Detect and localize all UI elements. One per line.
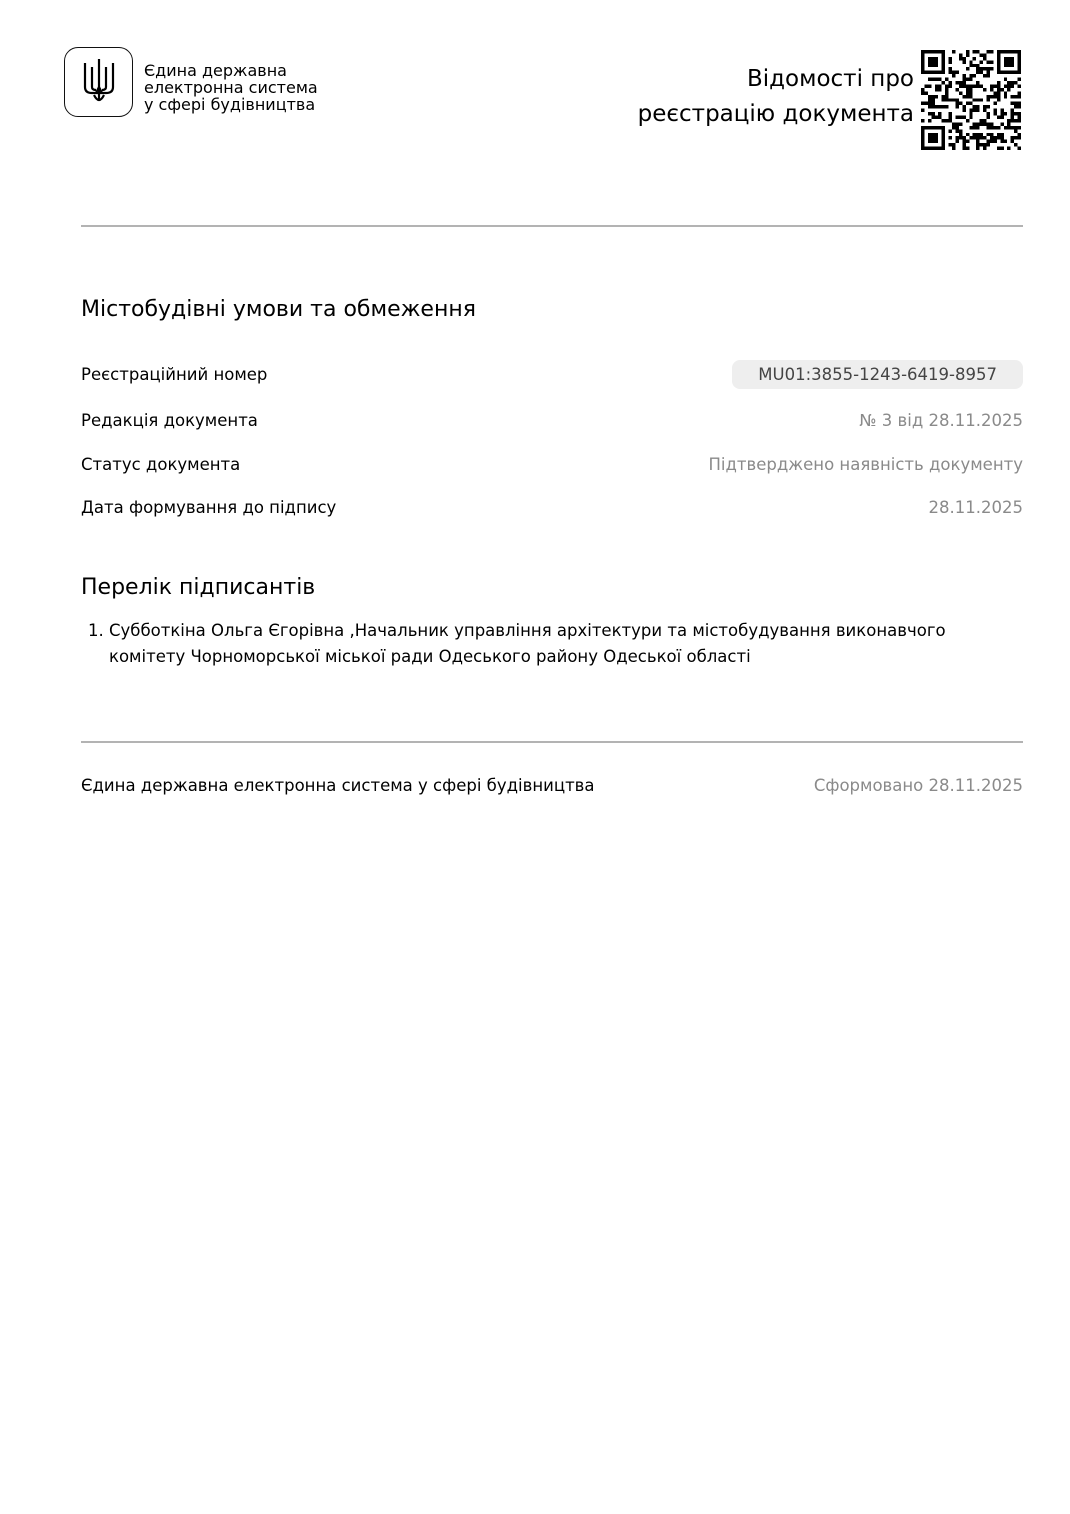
footer-system-name: Єдина державна електронна система у сфер… [81,776,595,795]
registration-number-badge: MU01:3855-1243-6419-8957 [732,360,1023,389]
field-label: Дата формування до підпису [81,498,336,517]
footer-divider [81,741,1023,743]
field-row: Дата формування до підпису 28.11.2025 [81,492,1023,522]
field-label: Редакція документа [81,411,258,430]
field-row: Статус документа Підтверджено наявність … [81,449,1023,479]
logo-line: у сфері будівництва [144,96,318,113]
signer-item: Субботкіна Ольга Єгорівна ,Начальник упр… [109,618,1023,670]
logo-text: Єдина державна електронна система у сфер… [144,62,318,113]
logo [64,47,133,117]
field-label: Статус документа [81,455,240,474]
field-row: Реєстраційний номер MU01:3855-1243-6419-… [81,359,1023,389]
document-heading: Відомості про реєстрацію документа [638,62,914,132]
trident-icon [82,57,116,107]
header: Єдина державна електронна система у сфер… [0,0,1070,160]
field-row: Редакція документа № 3 від 28.11.2025 [81,405,1023,435]
logo-line: Єдина державна [144,62,318,79]
logo-line: електронна система [144,79,318,96]
status-value: Підтверджено наявність документу [709,455,1023,474]
divider [81,225,1023,227]
document-title: Містобудівні умови та обмеження [81,297,476,322]
field-label: Реєстраційний номер [81,365,267,384]
signers-list: Субботкіна Ольга Єгорівна ,Начальник упр… [81,618,1023,670]
field-value: № 3 від 28.11.2025 [859,411,1023,430]
field-value: 28.11.2025 [929,498,1023,517]
footer-generated-date: Сформовано 28.11.2025 [814,776,1023,795]
heading-line: реєстрацію документа [638,97,914,132]
heading-line: Відомості про [638,62,914,97]
qr-code-icon [921,50,1021,150]
signers-title: Перелік підписантів [81,575,315,600]
